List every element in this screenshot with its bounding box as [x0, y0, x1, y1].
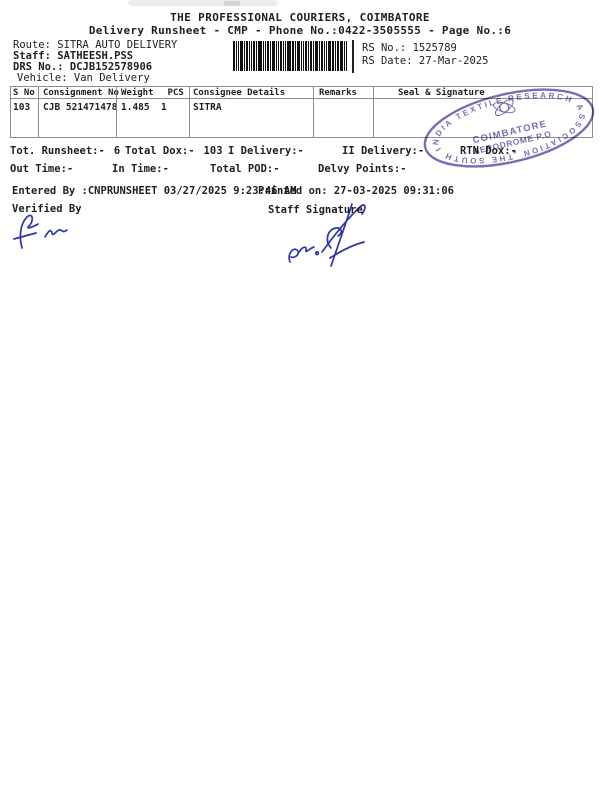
cell-s-no: 103 — [11, 99, 38, 137]
total-pod-field: Total POD:- — [210, 163, 289, 175]
vehicle-line: Vehicle: Van Delivery — [17, 73, 150, 84]
delvy-points-field: Delvy Points:- — [318, 163, 416, 175]
signatures-overlay — [0, 195, 400, 285]
column-header-consignment-no: Consignment No — [38, 87, 116, 98]
company-stamp: THE SOUTH INDIA TEXTILE RESEARCH ASSOCIA… — [410, 77, 600, 182]
barcode-guard-bar — [352, 40, 354, 73]
cell-weight-pcs: 1.485 1 — [116, 99, 189, 137]
verified-signature — [14, 215, 67, 248]
vehicle-label: Vehicle: — [17, 72, 68, 84]
staff-signature-scribble — [289, 204, 365, 266]
column-header-pcs: PCS — [168, 88, 184, 98]
total-pod-label: Total POD:- — [210, 163, 280, 175]
runsheet-document: THE PROFESSIONAL COURIERS, COIMBATORE De… — [0, 0, 600, 800]
total-runsheet-label: Tot. Runsheet:- — [10, 145, 105, 157]
barcode-image — [233, 41, 347, 75]
rs-date-value: 27-Mar-2025 — [419, 55, 489, 67]
delvy-points-label: Delvy Points:- — [318, 163, 407, 175]
rs-date-line: RS Date: 27-Mar-2025 — [362, 55, 488, 67]
column-header-remarks: Remarks — [313, 87, 373, 98]
total-runsheet-value: 6 — [114, 145, 120, 157]
column-header-weight-pcs: Weight PCS — [116, 87, 189, 98]
out-time-field: Out Time:- — [10, 163, 82, 175]
vehicle-value: Van Delivery — [74, 72, 150, 84]
out-time-label: Out Time:- — [10, 163, 73, 175]
cell-pcs: 1 — [161, 102, 167, 137]
in-time-field: In Time:- — [112, 163, 178, 175]
total-dox-label: Total Dox:- — [125, 145, 195, 157]
total-runsheet-field: Tot. Runsheet:-6 — [10, 145, 120, 157]
cell-consignment-no: CJB 521471478 — [38, 99, 116, 137]
total-dox-field: Total Dox:-103 — [125, 145, 223, 157]
cell-consignee: SITRA — [189, 99, 313, 137]
rs-no-line: RS No.: 1525789 — [362, 42, 457, 54]
column-header-s-no: S No — [11, 87, 38, 98]
first-delivery-label: I Delivery:- — [228, 145, 304, 157]
column-header-weight: Weight — [121, 88, 154, 98]
column-header-consignee-details: Consignee Details — [189, 87, 313, 98]
rs-date-label: RS Date: — [362, 55, 413, 67]
rs-no-label: RS No.: — [362, 42, 406, 54]
scan-smudge — [128, 0, 278, 6]
first-delivery-field: I Delivery:- — [228, 145, 313, 157]
stamp-star: * — [512, 148, 518, 159]
rs-no-value: 1525789 — [413, 42, 457, 54]
total-dox-value: 103 — [204, 145, 223, 157]
cell-remarks — [313, 99, 373, 137]
cell-weight: 1.485 — [121, 102, 161, 137]
page-title: THE PROFESSIONAL COURIERS, COIMBATORE — [0, 11, 600, 24]
scan-smudge — [224, 1, 240, 6]
in-time-label: In Time:- — [112, 163, 169, 175]
page-subtitle: Delivery Runsheet - CMP - Phone No.:0422… — [0, 24, 600, 37]
